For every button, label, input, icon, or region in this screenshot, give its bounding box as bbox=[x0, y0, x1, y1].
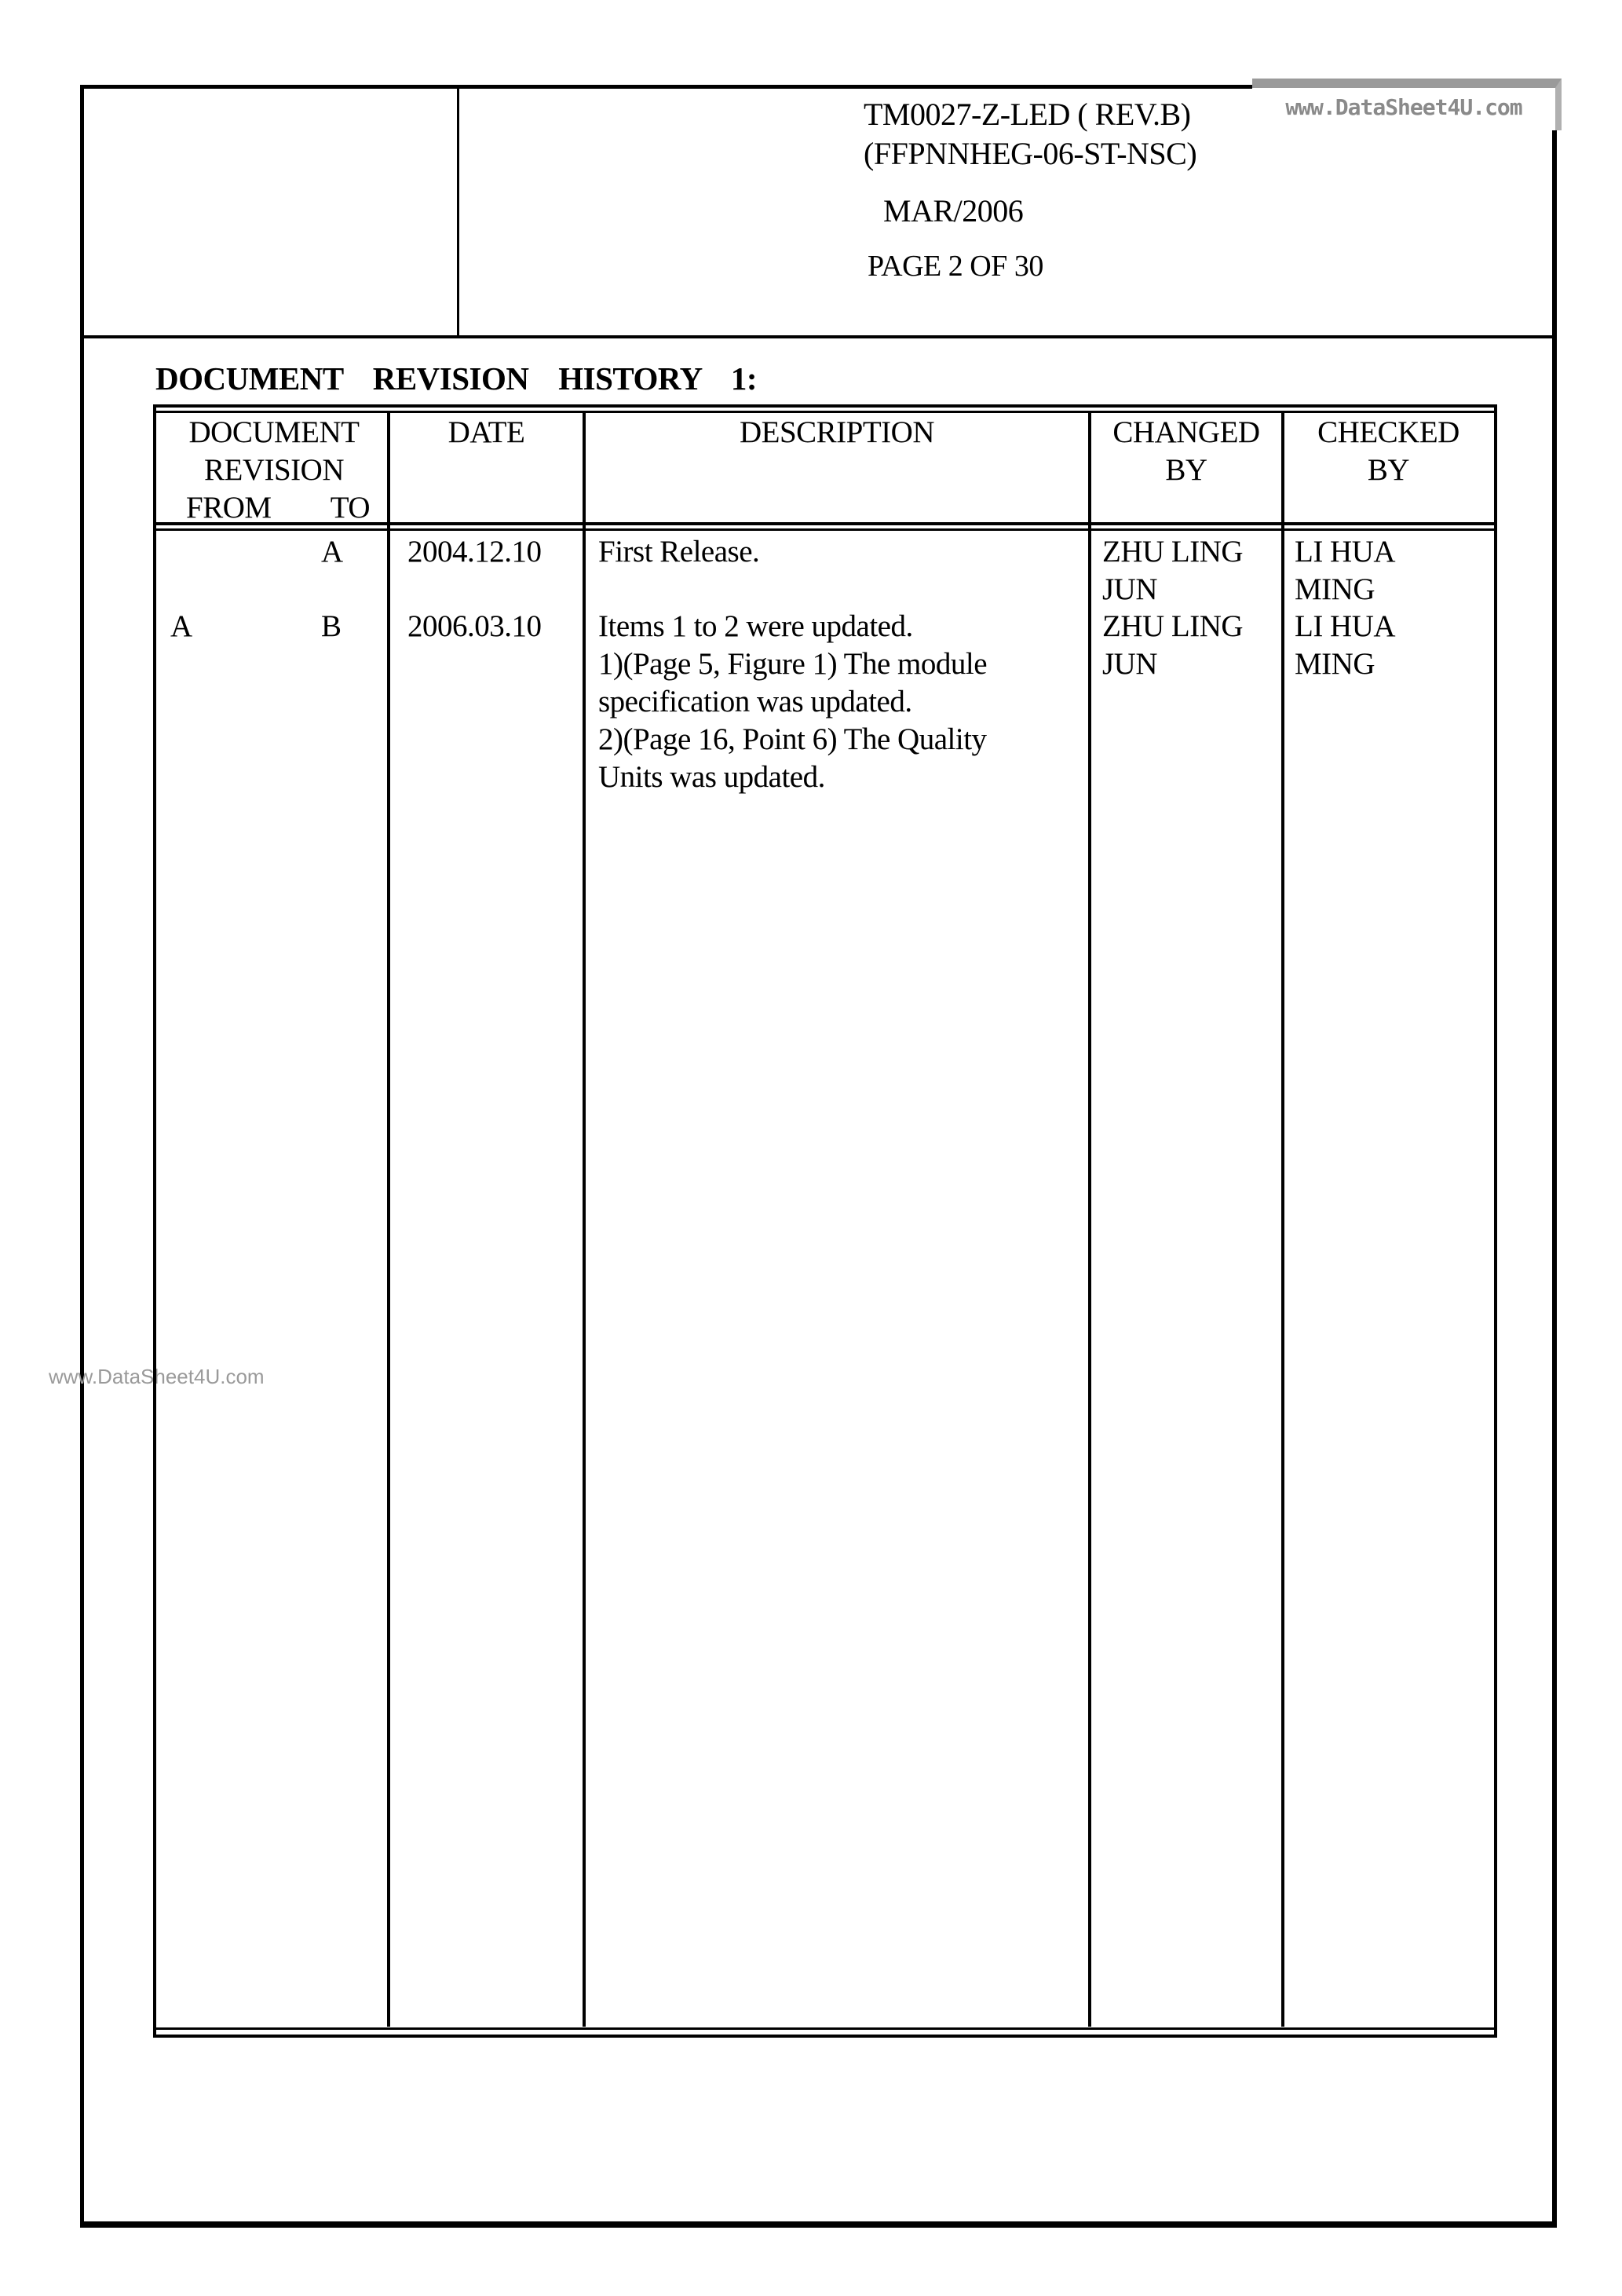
column-divider bbox=[1281, 411, 1284, 2027]
row1-to: A bbox=[321, 533, 343, 571]
header-document-revision: DOCUMENT REVISION FROM TO bbox=[164, 414, 384, 527]
column-divider bbox=[1088, 411, 1091, 2027]
document-code: TM0027-Z-LED ( REV.B) bbox=[864, 96, 1191, 133]
header-date: DATE bbox=[390, 414, 583, 452]
column-divider bbox=[387, 411, 390, 2027]
row2-changed-by: ZHU LING JUN bbox=[1102, 608, 1243, 683]
header-checked-by: CHECKED BY bbox=[1284, 414, 1492, 489]
header-changed-by: CHANGED BY bbox=[1091, 414, 1281, 489]
part-number: (FFPNNHEG-06-ST-NSC) bbox=[864, 135, 1196, 173]
header-divider-vertical bbox=[457, 89, 459, 335]
section-title: DOCUMENT REVISION HISTORY 1: bbox=[155, 360, 757, 397]
row1-description: First Release. bbox=[598, 533, 759, 571]
row1-checked-by: LI HUA MING bbox=[1295, 533, 1395, 609]
row2-description: Items 1 to 2 were updated. 1)(Page 5, Fi… bbox=[598, 608, 987, 796]
row2-from: A bbox=[170, 608, 192, 645]
row2-to: B bbox=[321, 608, 342, 645]
watermark-top: www.DataSheet4U.com bbox=[1252, 79, 1562, 130]
row1-changed-by: ZHU LING JUN bbox=[1102, 533, 1243, 609]
header-to: TO bbox=[331, 489, 370, 527]
document-date: MAR/2006 bbox=[883, 192, 1023, 230]
header-divider bbox=[84, 335, 1552, 338]
row2-checked-by: LI HUA MING bbox=[1295, 608, 1395, 683]
column-divider bbox=[583, 411, 586, 2027]
row1-date: 2004.12.10 bbox=[407, 533, 542, 571]
revision-history-table: DOCUMENT REVISION FROM TO DATE DESCRIPTI… bbox=[153, 404, 1497, 2038]
page-number: PAGE 2 OF 30 bbox=[868, 247, 1043, 285]
row2-date: 2006.03.10 bbox=[407, 608, 542, 645]
header-description: DESCRIPTION bbox=[586, 414, 1088, 452]
header-from: FROM bbox=[186, 489, 272, 527]
